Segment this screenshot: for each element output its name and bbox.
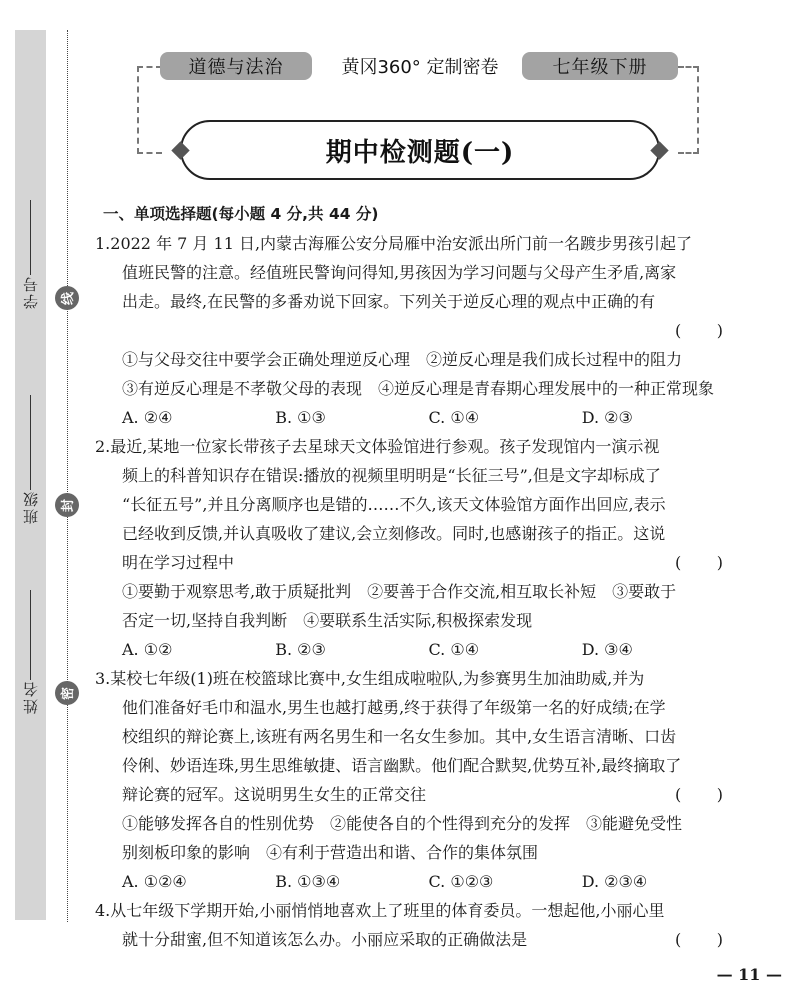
name-field[interactable]: 姓名	[15, 590, 46, 714]
answer-blank[interactable]: ()	[105, 316, 735, 345]
option-d[interactable]: D. ②③	[582, 403, 735, 432]
seal-char: 封	[57, 498, 76, 511]
option-c[interactable]: C. ①②③	[429, 867, 582, 896]
class-field[interactable]: 班级	[15, 395, 46, 524]
options-row: A. ②④ B. ①③ C. ①④ D. ②③	[105, 403, 735, 432]
option-b[interactable]: B. ①③	[275, 403, 428, 432]
option-c[interactable]: C. ①④	[429, 403, 582, 432]
question-line-with-blank: 辩论赛的冠军。这说明男生女生的正常交往()	[105, 780, 735, 809]
question-3: 3.某校七年级(1)班在校篮球比赛中,女生组成啦啦队,为参赛男生加油助威,并为 …	[105, 664, 735, 896]
question-line: 2.最近,某地一位家长带孩子去星球天文体验馆进行参观。孩子发现馆内一演示视	[95, 432, 735, 461]
seal-feng-icon: 封	[55, 493, 79, 517]
question-4: 4.从七年级下学期开始,小丽悄悄地喜欢上了班里的体育委员。一想起他,小丽心里 就…	[105, 896, 735, 954]
question-number: 1.	[95, 234, 110, 253]
page-number: — 11 —	[717, 965, 782, 984]
answer-blank[interactable]: ()	[675, 780, 723, 809]
question-text: 从七年级下学期开始,小丽悄悄地喜欢上了班里的体育委员。一想起他,小丽心里	[110, 901, 664, 920]
left-bracket-line	[137, 66, 162, 154]
question-number: 2.	[95, 437, 110, 456]
answer-paren: ()	[675, 316, 723, 345]
student-id-field[interactable]: 学号	[15, 200, 46, 309]
question-text: 2022 年 7 月 11 日,内蒙古海雁公安分局雁中治安派出所门前一名踱步男孩…	[110, 234, 692, 253]
option-a[interactable]: A. ①②	[122, 635, 275, 664]
question-text: 频上的科普知识存在错误:播放的视频里明明是“长征三号”,但是文字却标成了	[105, 461, 735, 490]
statement-line: ①与父母交往中要学会正确处理逆反心理 ②逆反心理是我们成长过程中的阻力	[105, 345, 735, 374]
answer-blank[interactable]: ()	[675, 548, 723, 577]
question-text: 就十分甜蜜,但不知道该怎么办。小丽应采取的正确做法是	[122, 925, 527, 954]
options-row: A. ①②④ B. ①③④ C. ①②③ D. ②③④	[105, 867, 735, 896]
name-label: 姓名	[20, 680, 41, 714]
question-text: 明在学习过程中	[122, 548, 234, 577]
statement-line: ③有逆反心理是不孝敬父母的表现 ④逆反心理是青春期心理发展中的一种正常现象	[105, 374, 735, 403]
name-blank-line[interactable]	[30, 590, 31, 680]
brand-title: 黄冈360° 定制密卷	[320, 52, 520, 80]
question-2: 2.最近,某地一位家长带孩子去星球天文体验馆进行参观。孩子发现馆内一演示视 频上…	[105, 432, 735, 664]
option-d[interactable]: D. ②③④	[582, 867, 735, 896]
statement-line: 别刻板印象的影响 ④有利于营造出和谐、合作的集体氛围	[105, 838, 735, 867]
section-heading: 一、单项选择题(每小题 4 分,共 44 分)	[103, 200, 735, 229]
seal-char: 线	[57, 291, 76, 304]
option-a[interactable]: A. ②④	[122, 403, 275, 432]
option-b[interactable]: B. ①③④	[275, 867, 428, 896]
exam-content: 一、单项选择题(每小题 4 分,共 44 分) 1.2022 年 7 月 11 …	[105, 200, 735, 954]
seal-mi-icon: 密	[55, 681, 79, 705]
statement-line: 否定一切,坚持自我判断 ④要联系生活实际,积极探索发现	[105, 606, 735, 635]
class-label: 班级	[20, 490, 41, 524]
grade-badge: 七年级下册	[522, 52, 678, 80]
options-row: A. ①② B. ②③ C. ①④ D. ③④	[105, 635, 735, 664]
question-line-with-blank: 就十分甜蜜,但不知道该怎么办。小丽应采取的正确做法是()	[105, 925, 735, 954]
cut-line	[67, 30, 68, 922]
question-line: 1.2022 年 7 月 11 日,内蒙古海雁公安分局雁中治安派出所门前一名踱步…	[95, 229, 735, 258]
option-c[interactable]: C. ①④	[429, 635, 582, 664]
option-b[interactable]: B. ②③	[275, 635, 428, 664]
seal-char: 密	[57, 686, 76, 699]
question-text: 最近,某地一位家长带孩子去星球天文体验馆进行参观。孩子发现馆内一演示视	[110, 437, 659, 456]
statement-line: ①要勤于观察思考,敢于质疑批判 ②要善于合作交流,相互取长补短 ③要敢于	[105, 577, 735, 606]
statement-line: ①能够发挥各自的性别优势 ②能使各自的个性得到充分的发挥 ③能避免受性	[105, 809, 735, 838]
question-text: 校组织的辩论赛上,该班有两名男生和一名女生参加。其中,女生语言清晰、口齿	[105, 722, 735, 751]
question-text: 出走。最终,在民警的多番劝说下回家。下列关于逆反心理的观点中正确的有	[105, 287, 735, 316]
question-text: 伶俐、妙语连珠,男生思维敏捷、语言幽默。他们配合默契,优势互补,最终摘取了	[105, 751, 735, 780]
student-id-label: 学号	[20, 275, 41, 309]
question-number: 3.	[95, 669, 110, 688]
question-1: 1.2022 年 7 月 11 日,内蒙古海雁公安分局雁中治安派出所门前一名踱步…	[105, 229, 735, 432]
question-line: 4.从七年级下学期开始,小丽悄悄地喜欢上了班里的体育委员。一想起他,小丽心里	[95, 896, 735, 925]
page-title: 期中检测题(一)	[180, 120, 660, 180]
option-d[interactable]: D. ③④	[582, 635, 735, 664]
page-title-text: 期中检测题(一)	[326, 132, 515, 169]
class-blank-line[interactable]	[30, 395, 31, 490]
question-text: 辩论赛的冠军。这说明男生女生的正常交往	[122, 780, 426, 809]
question-line-with-blank: 明在学习过程中()	[105, 548, 735, 577]
question-line: 3.某校七年级(1)班在校篮球比赛中,女生组成啦啦队,为参赛男生加油助威,并为	[95, 664, 735, 693]
seal-xian-icon: 线	[55, 286, 79, 310]
question-text: 某校七年级(1)班在校篮球比赛中,女生组成啦啦队,为参赛男生加油助威,并为	[110, 669, 644, 688]
option-a[interactable]: A. ①②④	[122, 867, 275, 896]
right-bracket-line	[678, 66, 699, 154]
question-text: 值班民警的注意。经值班民警询问得知,男孩因为学习问题与父母产生矛盾,离家	[105, 258, 735, 287]
question-text: 已经收到反馈,并认真吸收了建议,会立刻修改。同时,也感谢孩子的指正。这说	[105, 519, 735, 548]
question-number: 4.	[95, 901, 110, 920]
subject-badge: 道德与法治	[160, 52, 312, 80]
answer-blank[interactable]: ()	[675, 925, 723, 954]
question-text: “长征五号”,并且分离顺序也是错的……不久,该天文体验馆方面作出回应,表示	[105, 490, 735, 519]
student-id-blank-line[interactable]	[30, 200, 31, 275]
question-text: 他们准备好毛巾和温水,男生也越打越勇,终于获得了年级第一名的好成绩;在学	[105, 693, 735, 722]
